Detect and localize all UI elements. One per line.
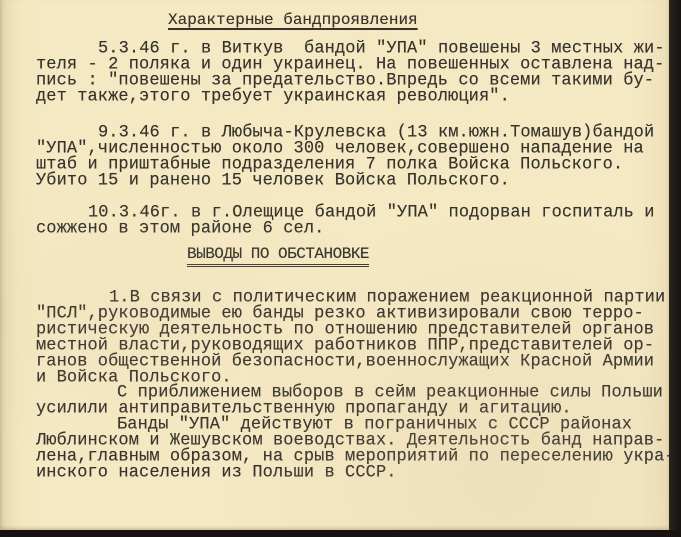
heading-conclusions: ВЫВОДЫ ПО ОБСТАНОВКЕ [187, 245, 369, 267]
scan-border-bottom [0, 530, 681, 537]
heading-characteristic-band-activity: Характерные бандпроявления [168, 11, 418, 29]
document-page: Характерные бандпроявления 5.3.46 г. в В… [0, 0, 669, 530]
text-line: Убито 15 и ранено 15 человек Войска Поль… [36, 173, 510, 190]
scan-border-right [669, 0, 681, 537]
text-line: инского населения из Польши в СССР. [36, 465, 397, 482]
text-line: сожжено в этом районе 6 сел. [36, 221, 324, 238]
text-line: дет также,этого требует украинская револ… [36, 89, 510, 106]
